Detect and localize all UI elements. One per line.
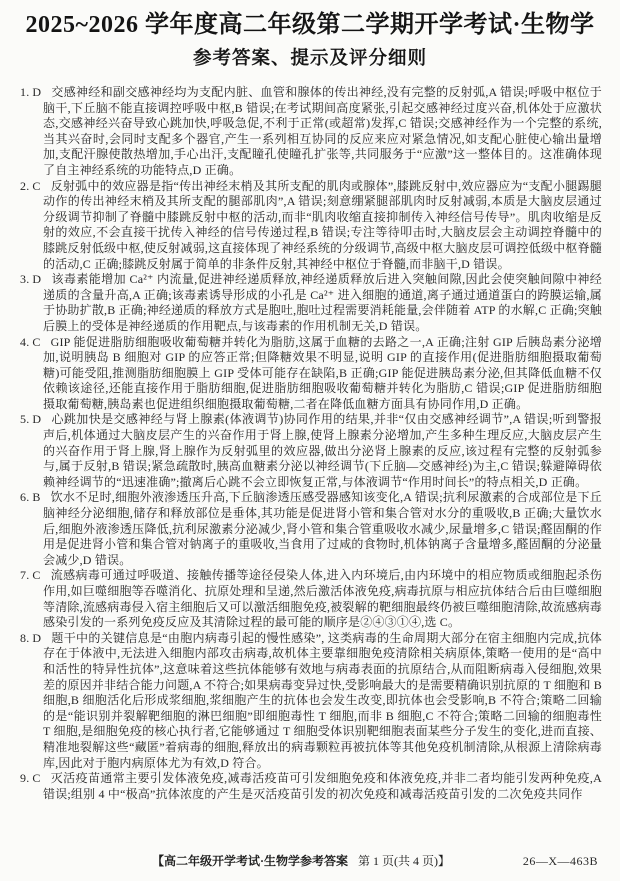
footer-exam-name: 【高二年级开学考试· bbox=[152, 854, 264, 868]
explanation-text: 题干中的关键信息是“由胞内病毒引起的慢性感染”, 这类病毒的生命周期大部分在宿主… bbox=[43, 631, 602, 770]
answer-item-9: 9.C灭活疫苗通常主要引发体液免疫,减毒活疫苗可引发细胞免疫和体液免疫,并非二者… bbox=[20, 771, 602, 802]
question-number: 8. bbox=[20, 631, 29, 645]
answer-item-1: 1.D交感神经和副交感神经均为支配内脏、血管和腺体的传出神经,没有完整的反射弧,… bbox=[20, 85, 602, 179]
answer-item-7: 7.C流感病毒可通过呼吸道、接触传播等途径侵染人体,进入内环境后,由内环境中的相… bbox=[20, 568, 602, 630]
answer-item-4: 4.CGIP 能促进脂肪细胞吸收葡萄糖并转化为脂肪,这属于血糖的去路之一,A 正… bbox=[20, 335, 602, 413]
question-number: 5. bbox=[20, 412, 29, 426]
answer-letter: D bbox=[32, 272, 41, 286]
explanation-text: 反射弧中的效应器是指“传出神经末梢及其所支配的肌肉或腺体”,膝跳反射中,效应器应… bbox=[43, 179, 602, 271]
question-number: 7. bbox=[20, 568, 29, 582]
answer-letter: D bbox=[32, 85, 41, 99]
explanation-text: 该毒素能增加 Ca²⁺ 内流量,促进神经递质释放,神经递质释放后进入突触间隙,因… bbox=[43, 272, 602, 333]
answer-letter: D bbox=[32, 631, 41, 645]
answer-item-5: 5.D心跳加快是交感神经与肾上腺素(体液调节)协同作用的结果,并非“仅由交感神经… bbox=[20, 412, 602, 490]
explanation-text: GIP 能促进脂肪细胞吸收葡萄糖并转化为脂肪,这属于血糖的去路之一,A 正确;注… bbox=[43, 335, 602, 411]
footer-paper-code: 26—X—463B bbox=[523, 853, 598, 869]
footer: 【高二年级开学考试·生物学参考答案第 1 页(共 4 页)】 26—X—463B bbox=[0, 853, 620, 869]
question-number: 3. bbox=[20, 272, 29, 286]
exam-title: 2025~2026 学年度高二年级第二学期开学考试·生物学 bbox=[0, 10, 620, 40]
question-number: 6. bbox=[20, 490, 29, 504]
footer-subject-name: 生物学参考答案 bbox=[264, 854, 348, 868]
question-number: 1. bbox=[20, 85, 29, 99]
answer-item-3: 3.D该毒素能增加 Ca²⁺ 内流量,促进神经递质释放,神经递质释放后进入突触间… bbox=[20, 272, 602, 334]
answer-item-8: 8.D题干中的关键信息是“由胞内病毒引起的慢性感染”, 这类病毒的生命周期大部分… bbox=[20, 631, 602, 771]
answer-letter: C bbox=[32, 335, 40, 349]
footer-page-number: 第 1 页(共 4 页)】 bbox=[358, 854, 450, 868]
answer-item-6: 6.B饮水不足时,细胞外液渗透压升高,下丘脑渗透压感受器感知该变化,A 错误;抗… bbox=[20, 490, 602, 568]
question-number: 4. bbox=[20, 335, 29, 349]
question-number: 2. bbox=[20, 179, 29, 193]
footer-exam-label: 【高二年级开学考试·生物学参考答案第 1 页(共 4 页)】 bbox=[152, 853, 450, 869]
question-number: 9. bbox=[20, 771, 29, 785]
answer-letter: C bbox=[32, 568, 40, 582]
answer-letter: B bbox=[32, 490, 40, 504]
answer-key-page: 2025~2026 学年度高二年级第二学期开学考试·生物学 参考答案、提示及评分… bbox=[0, 0, 620, 881]
answer-key-subtitle: 参考答案、提示及评分细则 bbox=[0, 45, 620, 70]
explanation-text: 流感病毒可通过呼吸道、接触传播等途径侵染人体,进入内环境后,由内环境中的相应物质… bbox=[43, 568, 602, 629]
explanation-text: 心跳加快是交感神经与肾上腺素(体液调节)协同作用的结果,并非“仅由交感神经调节”… bbox=[43, 412, 602, 488]
answer-letter: C bbox=[32, 179, 40, 193]
answer-letter: D bbox=[32, 412, 41, 426]
explanation-text: 饮水不足时,细胞外液渗透压升高,下丘脑渗透压感受器感知该变化,A 错误;抗利尿激… bbox=[43, 490, 602, 566]
answer-item-2: 2.C反射弧中的效应器是指“传出神经末梢及其所支配的肌肉或腺体”,膝跳反射中,效… bbox=[20, 179, 602, 273]
explanation-text: 交感神经和副交感神经均为支配内脏、血管和腺体的传出神经,没有完整的反射弧,A 错… bbox=[43, 85, 602, 177]
explanation-text: 灭活疫苗通常主要引发体液免疫,减毒活疫苗可引发细胞免疫和体液免疫,并非二者均能引… bbox=[43, 771, 602, 801]
answer-letter: C bbox=[32, 771, 40, 785]
answers-body: 1.D交感神经和副交感神经均为支配内脏、血管和腺体的传出神经,没有完整的反射弧,… bbox=[20, 85, 602, 802]
